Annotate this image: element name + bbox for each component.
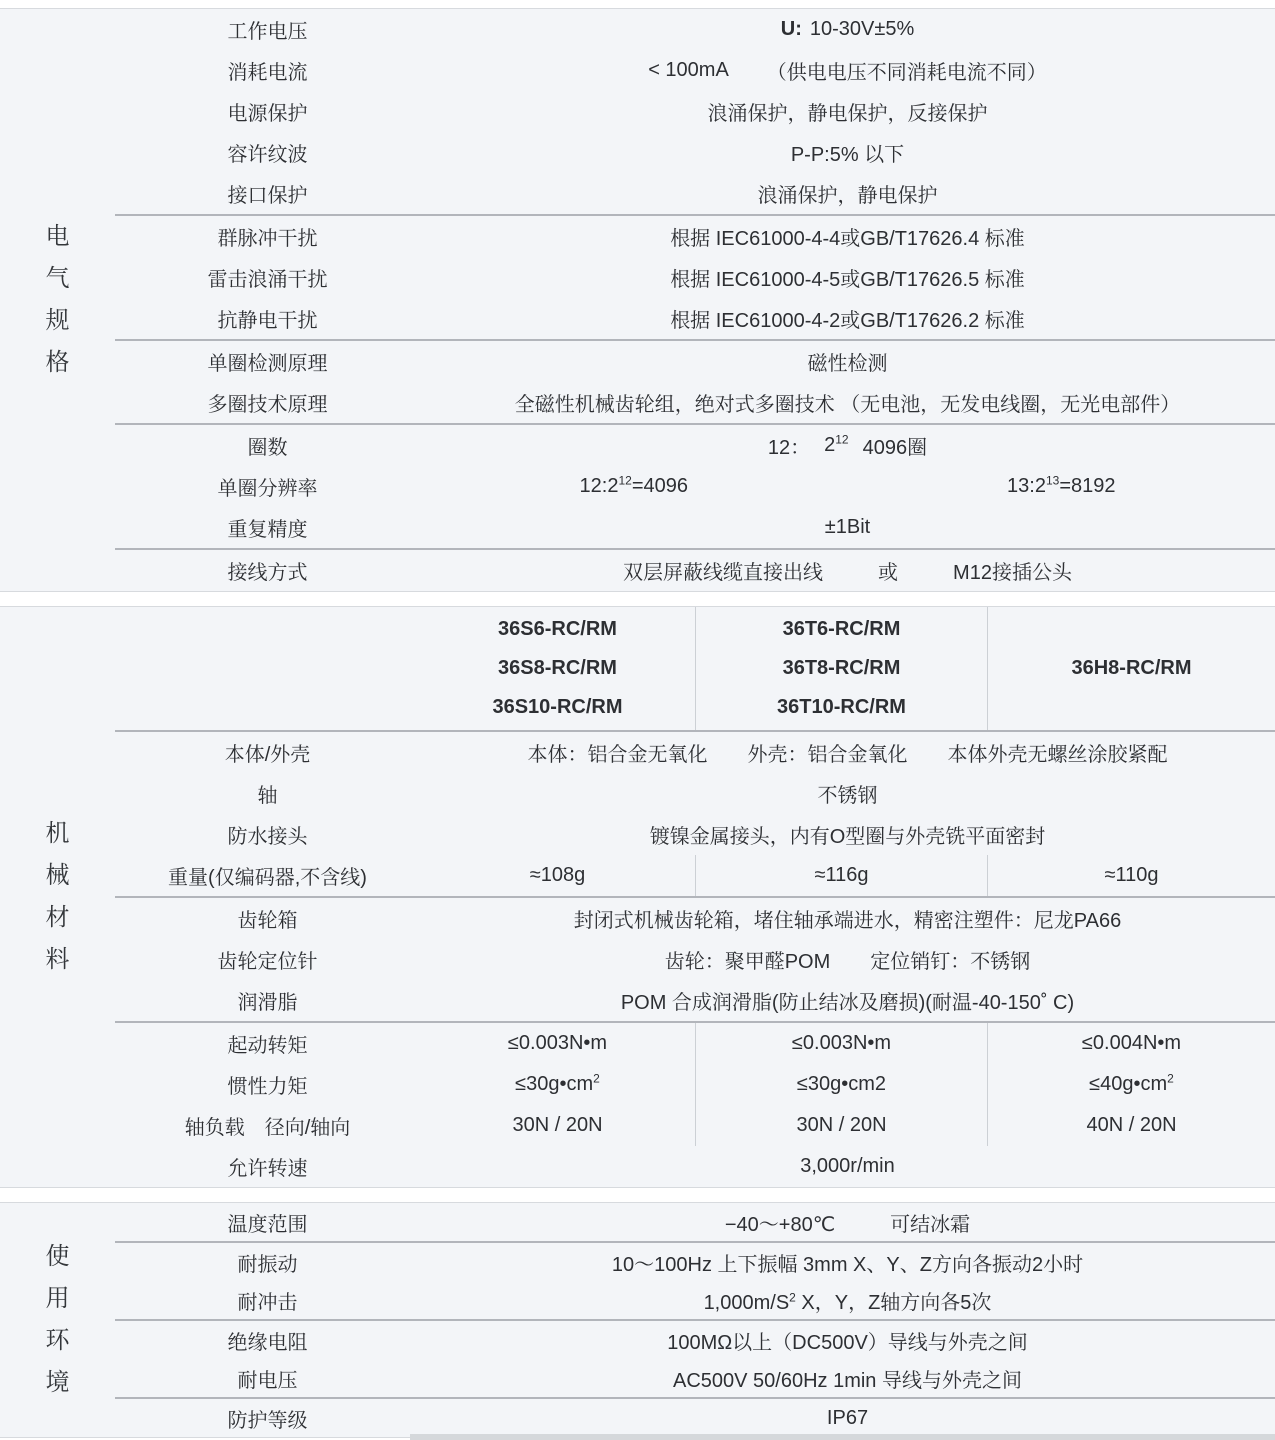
row-value: 封闭式机械齿轮箱，堵住轴承端进水，精密注塑件：尼龙PA66 bbox=[420, 898, 1275, 939]
row-value: 100MΩ以上（DC500V）导线与外壳之间 bbox=[420, 1321, 1275, 1359]
spec-row: 防水接头镀镍金属接头，内有O型圈与外壳铣平面密封 bbox=[115, 814, 1275, 855]
row-label: 起动转矩 bbox=[115, 1023, 420, 1064]
row-value: 浪涌保护，静电保护，反接保护 bbox=[420, 91, 1275, 132]
row-label: 消耗电流 bbox=[115, 50, 420, 91]
section-category-label: 机械材料 bbox=[0, 607, 115, 1187]
row-label: 温度范围 bbox=[115, 1203, 420, 1241]
row-value: POM 合成润滑脂(防止结冰及磨损)(耐温-40-150˚ C) bbox=[420, 980, 1275, 1021]
category-char: 境 bbox=[46, 1371, 70, 1395]
spec-row: 重量(仅编码器,不含线)≈108g≈116g≈110g bbox=[115, 855, 1275, 896]
value-text: 12： bbox=[768, 431, 810, 460]
value-text: 10～100Hz 上下振幅 3mm X、Y、Z方向各振动2小时 bbox=[612, 1248, 1083, 1277]
model-name: 36T10-RC/RM bbox=[777, 696, 906, 719]
spec-row: 圈数12：2124096圈 bbox=[115, 425, 1275, 466]
row-label: 单圈检测原理 bbox=[115, 341, 420, 382]
row-value-cell: ≤40g•cm2 bbox=[987, 1064, 1275, 1105]
row-value: 根据 IEC61000-4-5或GB/T17626.5 标准 bbox=[420, 257, 1275, 298]
spec-row: 消耗电流< 100mA（供电电压不同消耗电流不同） bbox=[115, 50, 1275, 91]
model-name: 36S6-RC/RM bbox=[498, 618, 617, 641]
section-table: 工作电压U:10-30V±5%消耗电流< 100mA（供电电压不同消耗电流不同）… bbox=[115, 9, 1275, 591]
value-text: 1,000m/S2 X，Y，Z轴方向各5次 bbox=[704, 1286, 992, 1315]
row-group: 齿轮箱封闭式机械齿轮箱，堵住轴承端进水，精密注塑件：尼龙PA66齿轮定位针齿轮：… bbox=[115, 896, 1275, 1021]
row-value-cell: 30N / 20N bbox=[695, 1105, 987, 1146]
row-label: 耐振动 bbox=[115, 1243, 420, 1281]
value-text: ≤30g•cm2 bbox=[797, 1073, 886, 1096]
value-text: ≤0.003N•m bbox=[792, 1032, 891, 1055]
row-label: 惯性力矩 bbox=[115, 1064, 420, 1105]
row-label: 电源保护 bbox=[115, 91, 420, 132]
next-section-cutoff-bar bbox=[410, 1434, 1275, 1440]
row-group: 起动转矩≤0.003N•m≤0.003N•m≤0.004N•m惯性力矩≤30g•… bbox=[115, 1021, 1275, 1187]
row-label: 群脉冲干扰 bbox=[115, 216, 420, 257]
value-text: 本体：铝合金无氧化 bbox=[528, 738, 708, 767]
value-text: 4096圈 bbox=[863, 431, 928, 460]
spec-row: 工作电压U:10-30V±5% bbox=[115, 9, 1275, 50]
row-label: 耐冲击 bbox=[115, 1281, 420, 1319]
value-text: 13:213=8192 bbox=[1007, 475, 1115, 498]
value-text: （供电电压不同消耗电流不同） bbox=[767, 56, 1047, 85]
value-text: 浪涌保护，静电保护 bbox=[758, 179, 938, 208]
row-value: 根据 IEC61000-4-2或GB/T17626.2 标准 bbox=[420, 298, 1275, 339]
value-text: 定位销钉：不锈钢 bbox=[870, 945, 1030, 974]
row-value: 全磁性机械齿轮组，绝对式多圈技术 （无电池，无发电线圈，无光电部件） bbox=[420, 382, 1275, 423]
spec-row: 绝缘电阻100MΩ以上（DC500V）导线与外壳之间 bbox=[115, 1321, 1275, 1359]
row-value: −40～+80℃可结冰霜 bbox=[420, 1203, 1275, 1241]
row-label: 抗静电干扰 bbox=[115, 298, 420, 339]
row-value: 12：2124096圈 bbox=[420, 425, 1275, 466]
row-value-cell: 40N / 20N bbox=[987, 1105, 1275, 1146]
row-group: 单圈检测原理磁性检测多圈技术原理全磁性机械齿轮组，绝对式多圈技术 （无电池，无发… bbox=[115, 339, 1275, 423]
value-text: 全磁性机械齿轮组，绝对式多圈技术 （无电池，无发电线圈，无光电部件） bbox=[515, 388, 1181, 417]
row-value-cell: ≤0.003N•m bbox=[695, 1023, 987, 1064]
row-group: 耐振动10～100Hz 上下振幅 3mm X、Y、Z方向各振动2小时耐冲击1,0… bbox=[115, 1241, 1275, 1319]
row-label: 轴 bbox=[115, 773, 420, 814]
row-value-cell: ≤30g•cm2 bbox=[695, 1064, 987, 1105]
row-value: 根据 IEC61000-4-4或GB/T17626.4 标准 bbox=[420, 216, 1275, 257]
row-value-cell: ≤0.004N•m bbox=[987, 1023, 1275, 1064]
row-value: 3,000r/min bbox=[420, 1146, 1275, 1187]
value-text: P-P:5% 以下 bbox=[791, 138, 904, 167]
value-text: 或 bbox=[878, 556, 898, 585]
row-value: 浪涌保护，静电保护 bbox=[420, 173, 1275, 214]
value-text: AC500V 50/60Hz 1min 导线与外壳之间 bbox=[673, 1364, 1022, 1393]
row-value: 不锈钢 bbox=[420, 773, 1275, 814]
row-value: ±1Bit bbox=[420, 507, 1275, 548]
row-value: 10～100Hz 上下振幅 3mm X、Y、Z方向各振动2小时 bbox=[420, 1243, 1275, 1281]
spec-row: 轴负载 径向/轴向30N / 20N30N / 20N40N / 20N bbox=[115, 1105, 1275, 1146]
row-value: P-P:5% 以下 bbox=[420, 132, 1275, 173]
row-group: 防护等级IP67 bbox=[115, 1397, 1275, 1437]
value-text: M12接插公头 bbox=[953, 556, 1072, 585]
spec-row: 容许纹波P-P:5% 以下 bbox=[115, 132, 1275, 173]
category-char: 材 bbox=[46, 906, 70, 930]
row-label: 多圈技术原理 bbox=[115, 382, 420, 423]
row-value: 本体：铝合金无氧化外壳：铝合金氧化本体外壳无螺丝涂胶紧配 bbox=[420, 732, 1275, 773]
row-value-cell: ≈116g bbox=[695, 855, 987, 896]
value-text: U: bbox=[781, 18, 802, 41]
row-value: 双层屏蔽线缆直接出线或M12接插公头 bbox=[420, 550, 1275, 591]
pair-left: 12:212=4096 bbox=[420, 475, 848, 498]
spec-row: 耐电压AC500V 50/60Hz 1min 导线与外壳之间 bbox=[115, 1359, 1275, 1397]
row-group: 温度范围−40～+80℃可结冰霜 bbox=[115, 1203, 1275, 1241]
row-label: 防水接头 bbox=[115, 814, 420, 855]
row-value: AC500V 50/60Hz 1min 导线与外壳之间 bbox=[420, 1359, 1275, 1397]
category-char: 械 bbox=[46, 864, 70, 888]
section-table: 温度范围−40～+80℃可结冰霜耐振动10～100Hz 上下振幅 3mm X、Y… bbox=[115, 1203, 1275, 1437]
section-electrical: 电气规格工作电压U:10-30V±5%消耗电流< 100mA（供电电压不同消耗电… bbox=[0, 8, 1275, 592]
value-text: 双层屏蔽线缆直接出线 bbox=[623, 556, 823, 585]
value-text: ≤30g•cm2 bbox=[515, 1073, 600, 1096]
model-column: 36H8-RC/RM bbox=[987, 607, 1275, 730]
spec-sheet-page: 电气规格工作电压U:10-30V±5%消耗电流< 100mA（供电电压不同消耗电… bbox=[0, 0, 1275, 1440]
row-label: 容许纹波 bbox=[115, 132, 420, 173]
spec-row: 接口保护浪涌保护，静电保护 bbox=[115, 173, 1275, 214]
value-text: 100MΩ以上（DC500V）导线与外壳之间 bbox=[667, 1326, 1028, 1355]
category-char: 电 bbox=[46, 225, 70, 249]
row-group: 本体/外壳本体：铝合金无氧化外壳：铝合金氧化本体外壳无螺丝涂胶紧配轴不锈钢防水接… bbox=[115, 730, 1275, 896]
spec-row: 重复精度±1Bit bbox=[115, 507, 1275, 548]
row-label: 轴负载 径向/轴向 bbox=[115, 1105, 420, 1146]
row-value-cell: 30N / 20N bbox=[420, 1105, 695, 1146]
row-label: 单圈分辨率 bbox=[115, 466, 420, 507]
category-char: 料 bbox=[46, 948, 70, 972]
value-text: 磁性检测 bbox=[808, 347, 888, 376]
spec-row: 惯性力矩≤30g•cm2≤30g•cm2≤40g•cm2 bbox=[115, 1064, 1275, 1105]
spec-row: 电源保护浪涌保护，静电保护，反接保护 bbox=[115, 91, 1275, 132]
row-group: 36S6-RC/RM36S8-RC/RM36S10-RC/RM36T6-RC/R… bbox=[115, 607, 1275, 730]
row-label: 绝缘电阻 bbox=[115, 1321, 420, 1359]
value-text: 镀镍金属接头，内有O型圈与外壳铣平面密封 bbox=[650, 820, 1046, 849]
row-value-cell: ≈110g bbox=[987, 855, 1275, 896]
row-label: 接线方式 bbox=[115, 550, 420, 591]
model-column: 36S6-RC/RM36S8-RC/RM36S10-RC/RM bbox=[420, 607, 695, 730]
row-group: 群脉冲干扰根据 IEC61000-4-4或GB/T17626.4 标准雷击浪涌干… bbox=[115, 214, 1275, 339]
model-name: 36H8-RC/RM bbox=[1071, 657, 1191, 680]
value-text: POM 合成润滑脂(防止结冰及磨损)(耐温-40-150˚ C) bbox=[621, 986, 1074, 1015]
row-value-cell: ≤30g•cm2 bbox=[420, 1064, 695, 1105]
value-text: IP67 bbox=[827, 1407, 868, 1430]
section-category-label: 使用环境 bbox=[0, 1203, 115, 1437]
value-text: 30N / 20N bbox=[512, 1114, 602, 1137]
model-name: 36S8-RC/RM bbox=[498, 657, 617, 680]
value-text: 12:212=4096 bbox=[580, 475, 688, 498]
row-label: 接口保护 bbox=[115, 173, 420, 214]
row-label: 工作电压 bbox=[115, 9, 420, 50]
row-label: 本体/外壳 bbox=[115, 732, 420, 773]
superscript: 12 bbox=[618, 473, 631, 487]
spec-row: 单圈分辨率12:212=409613:213=8192 bbox=[115, 466, 1275, 507]
section-table: 36S6-RC/RM36S8-RC/RM36S10-RC/RM36T6-RC/R… bbox=[115, 607, 1275, 1187]
row-group: 工作电压U:10-30V±5%消耗电流< 100mA（供电电压不同消耗电流不同）… bbox=[115, 9, 1275, 214]
row-label: 圈数 bbox=[115, 425, 420, 466]
superscript: 12 bbox=[835, 432, 848, 446]
row-value-cell: ≈108g bbox=[420, 855, 695, 896]
row-label: 润滑脂 bbox=[115, 980, 420, 1021]
spec-row: 起动转矩≤0.003N•m≤0.003N•m≤0.004N•m bbox=[115, 1023, 1275, 1064]
row-label: 齿轮定位针 bbox=[115, 939, 420, 980]
value-text: 可结冰霜 bbox=[890, 1208, 970, 1237]
spec-row: 抗静电干扰根据 IEC61000-4-2或GB/T17626.2 标准 bbox=[115, 298, 1275, 339]
row-group: 接线方式双层屏蔽线缆直接出线或M12接插公头 bbox=[115, 548, 1275, 591]
value-text: 40N / 20N bbox=[1086, 1114, 1176, 1137]
row-label: 允许转速 bbox=[115, 1146, 420, 1187]
superscript: 13 bbox=[1046, 473, 1059, 487]
value-text: 根据 IEC61000-4-5或GB/T17626.5 标准 bbox=[670, 263, 1025, 292]
value-text: 不锈钢 bbox=[818, 779, 878, 808]
model-column: 36T6-RC/RM36T8-RC/RM36T10-RC/RM bbox=[695, 607, 987, 730]
spec-row: 本体/外壳本体：铝合金无氧化外壳：铝合金氧化本体外壳无螺丝涂胶紧配 bbox=[115, 732, 1275, 773]
model-name: 36T8-RC/RM bbox=[783, 657, 901, 680]
model-name: 36S10-RC/RM bbox=[492, 696, 622, 719]
section-category-label: 电气规格 bbox=[0, 9, 115, 591]
category-char: 机 bbox=[46, 822, 70, 846]
row-group: 绝缘电阻100MΩ以上（DC500V）导线与外壳之间耐电压AC500V 50/6… bbox=[115, 1319, 1275, 1397]
category-char: 规 bbox=[46, 309, 70, 333]
spec-row: 防护等级IP67 bbox=[115, 1399, 1275, 1437]
row-value: < 100mA（供电电压不同消耗电流不同） bbox=[420, 50, 1275, 91]
value-text: 10-30V±5% bbox=[810, 18, 914, 41]
value-text: 浪涌保护，静电保护，反接保护 bbox=[708, 97, 988, 126]
row-label: 雷击浪涌干扰 bbox=[115, 257, 420, 298]
spec-row: 齿轮箱封闭式机械齿轮箱，堵住轴承端进水，精密注塑件：尼龙PA66 bbox=[115, 898, 1275, 939]
spec-row: 齿轮定位针齿轮：聚甲醛POM定位销钉：不锈钢 bbox=[115, 939, 1275, 980]
spec-row: 温度范围−40～+80℃可结冰霜 bbox=[115, 1203, 1275, 1241]
value-text: 本体外壳无螺丝涂胶紧配 bbox=[948, 738, 1168, 767]
category-char: 使 bbox=[46, 1245, 70, 1269]
row-value: 镀镍金属接头，内有O型圈与外壳铣平面密封 bbox=[420, 814, 1275, 855]
superscript: 2 bbox=[593, 1071, 600, 1085]
spec-row: 耐冲击1,000m/S2 X，Y，Z轴方向各5次 bbox=[115, 1281, 1275, 1319]
value-text: 212 bbox=[824, 434, 848, 457]
row-value: 磁性检测 bbox=[420, 341, 1275, 382]
superscript: 2 bbox=[789, 1290, 796, 1304]
value-text: 30N / 20N bbox=[796, 1114, 886, 1137]
row-value: IP67 bbox=[420, 1399, 1275, 1437]
spec-row: 耐振动10～100Hz 上下振幅 3mm X、Y、Z方向各振动2小时 bbox=[115, 1243, 1275, 1281]
section-mechanical: 机械材料36S6-RC/RM36S8-RC/RM36S10-RC/RM36T6-… bbox=[0, 606, 1275, 1188]
value-text: 根据 IEC61000-4-2或GB/T17626.2 标准 bbox=[670, 304, 1025, 333]
value-text: ≈108g bbox=[530, 864, 585, 887]
value-text: ≤0.004N•m bbox=[1082, 1032, 1181, 1055]
category-char: 格 bbox=[46, 351, 70, 375]
model-header-row: 36S6-RC/RM36S8-RC/RM36S10-RC/RM36T6-RC/R… bbox=[115, 607, 1275, 730]
row-value: 1,000m/S2 X，Y，Z轴方向各5次 bbox=[420, 1281, 1275, 1319]
sections-container: 电气规格工作电压U:10-30V±5%消耗电流< 100mA（供电电压不同消耗电… bbox=[0, 8, 1275, 1438]
value-text: −40～+80℃ bbox=[725, 1208, 835, 1237]
category-char: 气 bbox=[46, 267, 70, 291]
value-text: 齿轮：聚甲醛POM bbox=[665, 945, 831, 974]
value-text: ≤0.003N•m bbox=[508, 1032, 607, 1055]
row-label: 重量(仅编码器,不含线) bbox=[115, 855, 420, 896]
spec-row: 单圈检测原理磁性检测 bbox=[115, 341, 1275, 382]
value-text: < 100mA bbox=[648, 59, 729, 82]
superscript: 2 bbox=[1167, 1071, 1174, 1085]
row-label: 重复精度 bbox=[115, 507, 420, 548]
spec-row: 多圈技术原理全磁性机械齿轮组，绝对式多圈技术 （无电池，无发电线圈，无光电部件） bbox=[115, 382, 1275, 423]
value-text: 外壳：铝合金氧化 bbox=[748, 738, 908, 767]
value-text: ±1Bit bbox=[825, 516, 870, 539]
spec-row: 允许转速3,000r/min bbox=[115, 1146, 1275, 1187]
category-char: 环 bbox=[46, 1329, 70, 1353]
value-text: 封闭式机械齿轮箱，堵住轴承端进水，精密注塑件：尼龙PA66 bbox=[574, 904, 1121, 933]
spec-row: 雷击浪涌干扰根据 IEC61000-4-5或GB/T17626.5 标准 bbox=[115, 257, 1275, 298]
row-group: 圈数12：2124096圈单圈分辨率12:212=409613:213=8192… bbox=[115, 423, 1275, 548]
value-text: ≈116g bbox=[815, 864, 869, 887]
spec-row: 群脉冲干扰根据 IEC61000-4-4或GB/T17626.4 标准 bbox=[115, 216, 1275, 257]
value-text: 3,000r/min bbox=[800, 1155, 895, 1178]
row-label-empty bbox=[115, 607, 420, 730]
spec-row: 润滑脂POM 合成润滑脂(防止结冰及磨损)(耐温-40-150˚ C) bbox=[115, 980, 1275, 1021]
row-label: 防护等级 bbox=[115, 1399, 420, 1437]
category-char: 用 bbox=[46, 1287, 70, 1311]
row-value: U:10-30V±5% bbox=[420, 9, 1275, 50]
spec-row: 轴不锈钢 bbox=[115, 773, 1275, 814]
row-value: 齿轮：聚甲醛POM定位销钉：不锈钢 bbox=[420, 939, 1275, 980]
value-text: 根据 IEC61000-4-4或GB/T17626.4 标准 bbox=[670, 222, 1025, 251]
row-label: 耐电压 bbox=[115, 1359, 420, 1397]
value-text: ≈110g bbox=[1105, 864, 1159, 887]
row-label: 齿轮箱 bbox=[115, 898, 420, 939]
row-value-pair: 12:212=409613:213=8192 bbox=[420, 466, 1275, 507]
model-name: 36T6-RC/RM bbox=[783, 618, 901, 641]
spec-row: 接线方式双层屏蔽线缆直接出线或M12接插公头 bbox=[115, 550, 1275, 591]
row-value-cell: ≤0.003N•m bbox=[420, 1023, 695, 1064]
section-environment: 使用环境温度范围−40～+80℃可结冰霜耐振动10～100Hz 上下振幅 3mm… bbox=[0, 1202, 1275, 1438]
value-text: ≤40g•cm2 bbox=[1089, 1073, 1174, 1096]
pair-right: 13:213=8192 bbox=[848, 475, 1275, 498]
